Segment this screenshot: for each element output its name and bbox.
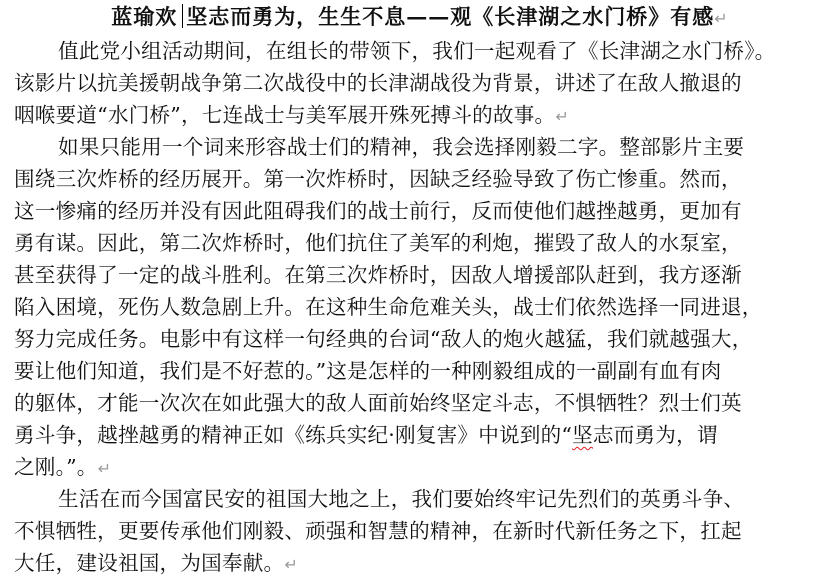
text-cursor xyxy=(182,4,183,28)
text-line: 该影片以抗美援朝战争第二次战役中的长津湖战役为背景，讲述了在敌人撤退的 xyxy=(14,67,834,99)
line-text: 勇有谋。因此，第二次炸桥时，他们抗住了美军的利炮，摧毁了敌人的水泵室， xyxy=(14,231,742,255)
text-line: 围绕三次炸桥的经历展开。第一次炸桥时，因缺乏经验导致了伤亡惨重。然而， xyxy=(14,163,834,195)
document-title[interactable]: 蓝瑜欢坚志而勇为，生生不息——观《长津湖之水门桥》有感↵ xyxy=(0,4,840,32)
line-text: 这一惨痛的经历并没有因此阻碍我们的战士前行，反而使他们越挫越勇，更加有 xyxy=(14,199,742,223)
line-text: 努力完成任务。电影中有这样一句经典的台词“敌人的炮火越猛，我们就越强大， xyxy=(14,327,753,351)
line-text: 该影片以抗美援朝战争第二次战役中的长津湖战役为背景，讲述了在敌人撤退的 xyxy=(14,71,742,95)
line-text: 要让他们知道，我们是不好惹的。”这是怎样的一种刚毅组成的一副副有血有肉 xyxy=(14,359,721,383)
line-text: 大任，建设祖国，为国奉献。 xyxy=(14,551,284,575)
paragraph-mark-icon: ↵ xyxy=(555,107,569,126)
text-line: 要让他们知道，我们是不好惹的。”这是怎样的一种刚毅组成的一副副有血有肉 xyxy=(14,355,834,387)
paragraph-mark-icon: ↵ xyxy=(714,9,728,28)
text-line: 咽喉要道“水门桥”，七连战士与美军展开殊死搏斗的故事。↵ xyxy=(14,99,834,131)
text-line: 勇斗争，越挫越勇的精神正如《练兵实纪·刚复害》中说到的“坚志而勇为，谓 xyxy=(14,419,834,451)
text-line: 勇有谋。因此，第二次炸桥时，他们抗住了美军的利炮，摧毁了敌人的水泵室， xyxy=(14,227,834,259)
line-text: 生活在而今国富民安的祖国大地之上，我们要始终牢记先烈们的英勇斗争、 xyxy=(58,487,744,511)
line-text: 不惧牺牲，更要传承他们刚毅、顽强和智慧的精神，在新时代新任务之下，扛起 xyxy=(14,519,742,543)
document-page[interactable]: 蓝瑜欢坚志而勇为，生生不息——观《长津湖之水门桥》有感↵ 值此党小组活动期间，在… xyxy=(0,0,840,583)
text-line: 值此党小组活动期间，在组长的带领下，我们一起观看了《长津湖之水门桥》。 xyxy=(14,35,834,67)
text-line: 的躯体，才能一次次在如此强大的敌人面前始终坚定斗志，不惧牺牲？烈士们英 xyxy=(14,387,834,419)
text-line: 陷入困境，死伤人数急剧上升。在这种生命危难关头，战士们依然选择一同进退， xyxy=(14,291,834,323)
text-line: 努力完成任务。电影中有这样一句经典的台词“敌人的炮火越猛，我们就越强大， xyxy=(14,323,834,355)
author-name: 蓝瑜欢 xyxy=(111,4,177,29)
paragraph-mark-icon: ↵ xyxy=(98,459,112,478)
line-text: 值此党小组活动期间，在组长的带领下，我们一起观看了《长津湖之水门桥》。 xyxy=(58,39,775,63)
line-text: 围绕三次炸桥的经历展开。第一次炸桥时，因缺乏经验导致了伤亡惨重。然而， xyxy=(14,167,742,191)
line-text: 志而勇为，谓 xyxy=(593,423,718,447)
text-line: 大任，建设祖国，为国奉献。↵ xyxy=(14,547,834,579)
line-text: 甚至获得了一定的战斗胜利。在第三次炸桥时，因敌人增援部队赶到，我方逐渐 xyxy=(14,263,742,287)
line-text: 的躯体，才能一次次在如此强大的敌人面前始终坚定斗志，不惧牺牲？烈士们英 xyxy=(14,391,742,415)
text-line: 之刚。”。↵ xyxy=(14,451,834,483)
line-text: 陷入困境，死伤人数急剧上升。在这种生命危难关头，战士们依然选择一同进退， xyxy=(14,295,763,319)
spellcheck-flagged-word[interactable]: 坚 xyxy=(572,423,593,447)
paragraph-mark-icon: ↵ xyxy=(284,555,298,574)
line-text: 勇斗争，越挫越勇的精神正如《练兵实纪·刚复害》中说到的“ xyxy=(14,423,572,447)
text-line: 生活在而今国富民安的祖国大地之上，我们要始终牢记先烈们的英勇斗争、 xyxy=(14,483,834,515)
text-line: 甚至获得了一定的战斗胜利。在第三次炸桥时，因敌人增援部队赶到，我方逐渐 xyxy=(14,259,834,291)
text-line: 这一惨痛的经历并没有因此阻碍我们的战士前行，反而使他们越挫越勇，更加有 xyxy=(14,195,834,227)
text-line: 不惧牺牲，更要传承他们刚毅、顽强和智慧的精神，在新时代新任务之下，扛起 xyxy=(14,515,834,547)
line-text: 之刚。”。 xyxy=(14,455,98,479)
text-line: 如果只能用一个词来形容战士们的精神，我会选择刚毅二字。整部影片主要 xyxy=(14,131,834,163)
document-body[interactable]: 值此党小组活动期间，在组长的带领下，我们一起观看了《长津湖之水门桥》。 该影片以… xyxy=(14,35,834,579)
line-text: 咽喉要道“水门桥”，七连战士与美军展开殊死搏斗的故事。 xyxy=(14,103,555,127)
title-text: 坚志而勇为，生生不息——观《长津湖之水门桥》有感 xyxy=(186,4,714,29)
line-text: 如果只能用一个词来形容战士们的精神，我会选择刚毅二字。整部影片主要 xyxy=(58,135,744,159)
